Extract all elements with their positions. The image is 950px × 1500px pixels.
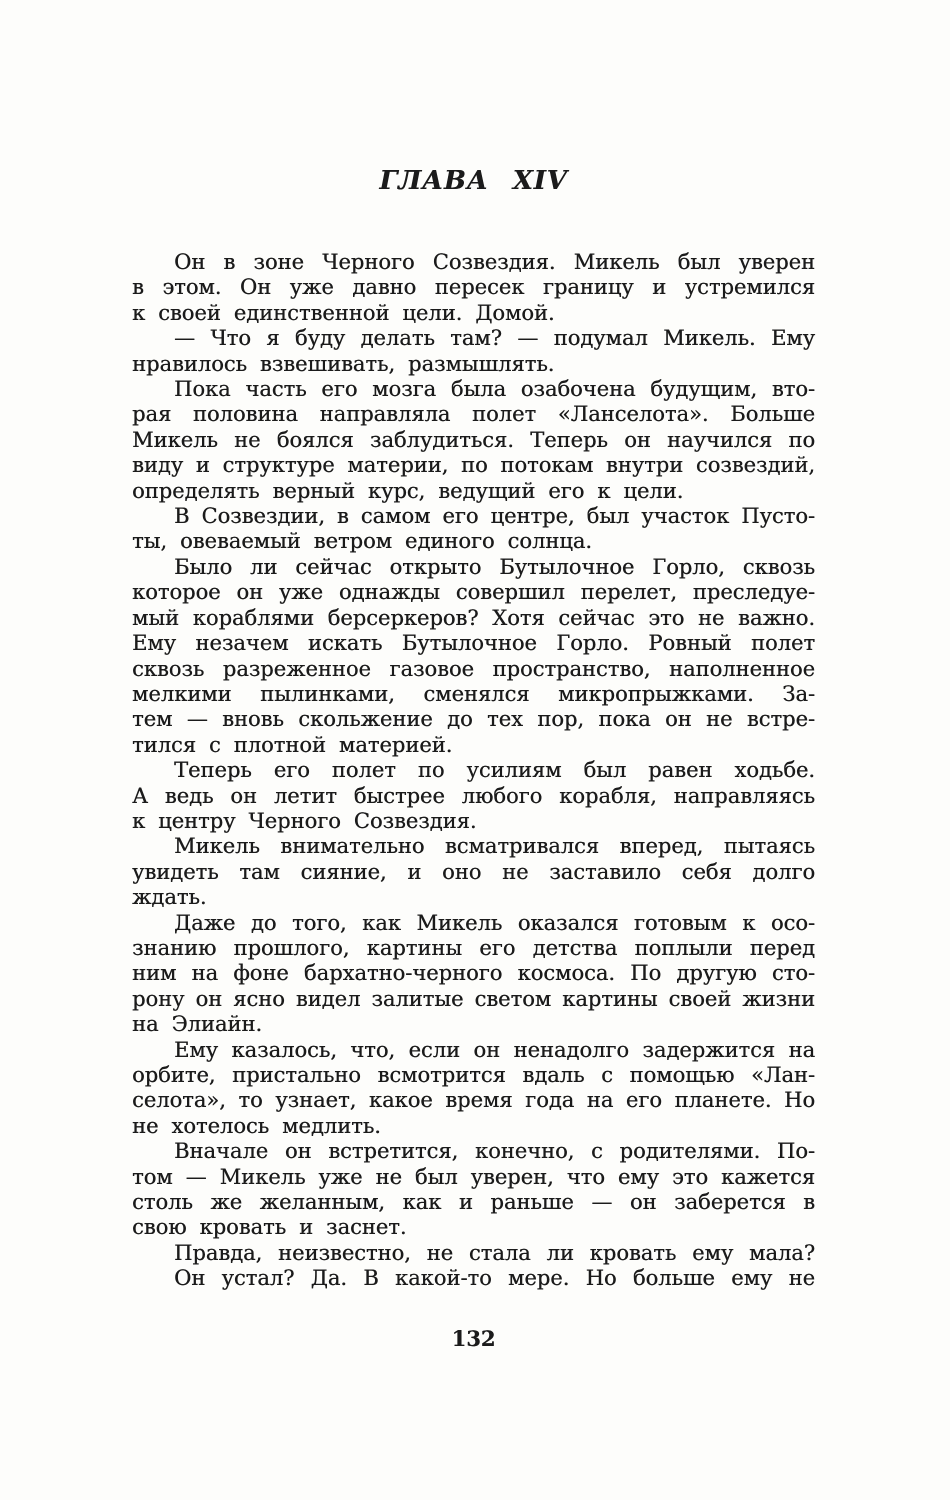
text-line: Пока часть его мозга была озабочена буду… bbox=[132, 377, 815, 402]
text-line: В Созвездии, в самом его центре, был уча… bbox=[132, 504, 815, 529]
text-line: мый кораблями берсеркеров? Хотя сейчас э… bbox=[132, 606, 815, 631]
text-line: А ведь он летит быстрее любого корабля, … bbox=[132, 784, 815, 809]
text-line: ним на фоне бархатно-черного космоса. По… bbox=[132, 961, 815, 986]
text-line: к своей единственной цели. Домой. bbox=[132, 301, 815, 326]
text-line: ты, овеваемый ветром единого солнца. bbox=[132, 529, 815, 554]
text-line: селота», то узнает, какое время года на … bbox=[132, 1088, 815, 1113]
text-line: нравилось взвешивать, размышлять. bbox=[132, 352, 815, 377]
text-line: рону он ясно видел залитые светом картин… bbox=[132, 987, 815, 1012]
text-line: мелкими пылинками, сменялся микропрыжкам… bbox=[132, 682, 815, 707]
text-line: виду и структуре материи, по потокам вну… bbox=[132, 453, 815, 478]
text-line: Микель внимательно всматривался вперед, … bbox=[132, 834, 815, 859]
text-line: Он устал? Да. В какой-то мере. Но больше… bbox=[132, 1266, 815, 1291]
text-line: не хотелось медлить. bbox=[132, 1114, 815, 1139]
book-page: ГЛАВА XIV Он в зоне Черного Созвездия. М… bbox=[0, 0, 950, 1500]
text-line: увидеть там сияние, и оно не заставило с… bbox=[132, 860, 815, 885]
text-line: рая половина направляла полет «Ланселота… bbox=[132, 402, 815, 427]
text-line: в этом. Он уже давно пересек границу и у… bbox=[132, 275, 815, 300]
text-line: ждать. bbox=[132, 885, 815, 910]
text-line: к центру Черного Созвездия. bbox=[132, 809, 815, 834]
text-line: сквозь разреженное газовое пространство,… bbox=[132, 657, 815, 682]
text-line: Вначале он встретится, конечно, с родите… bbox=[132, 1139, 815, 1164]
text-line: Ему незачем искать Бутылочное Горло. Ров… bbox=[132, 631, 815, 656]
text-line: Ему казалось, что, если он ненадолго зад… bbox=[132, 1038, 815, 1063]
page-number: 132 bbox=[132, 1326, 815, 1352]
text-line: на Элиайн. bbox=[132, 1012, 815, 1037]
text-line: тился с плотной материей. bbox=[132, 733, 815, 758]
text-line: свою кровать и заснет. bbox=[132, 1215, 815, 1240]
text-line: определять верный курс, ведущий его к це… bbox=[132, 479, 815, 504]
text-line: Правда, неизвестно, не стала ли кровать … bbox=[132, 1241, 815, 1266]
text-line: Он в зоне Черного Созвездия. Микель был … bbox=[132, 250, 815, 275]
text-line: Теперь его полет по усилиям был равен хо… bbox=[132, 758, 815, 783]
text-line: знанию прошлого, картины его детства поп… bbox=[132, 936, 815, 961]
chapter-heading: ГЛАВА XIV bbox=[132, 166, 815, 196]
text-line: Было ли сейчас открыто Бутылочное Горло,… bbox=[132, 555, 815, 580]
text-line: Даже до того, как Микель оказался готовы… bbox=[132, 911, 815, 936]
text-line: — Что я буду делать там? — подумал Микел… bbox=[132, 326, 815, 351]
text-line: Микель не боялся заблудиться. Теперь он … bbox=[132, 428, 815, 453]
text-line: том — Микель уже не был уверен, что ему … bbox=[132, 1165, 815, 1190]
text-line: тем — вновь скольжение до тех пор, пока … bbox=[132, 707, 815, 732]
text-line: орбите, пристально всмотрится вдаль с по… bbox=[132, 1063, 815, 1088]
body-text: Он в зоне Черного Созвездия. Микель был … bbox=[132, 250, 815, 1292]
text-line: которое он уже однажды совершил перелет,… bbox=[132, 580, 815, 605]
text-line: столь же желанным, как и раньше — он заб… bbox=[132, 1190, 815, 1215]
